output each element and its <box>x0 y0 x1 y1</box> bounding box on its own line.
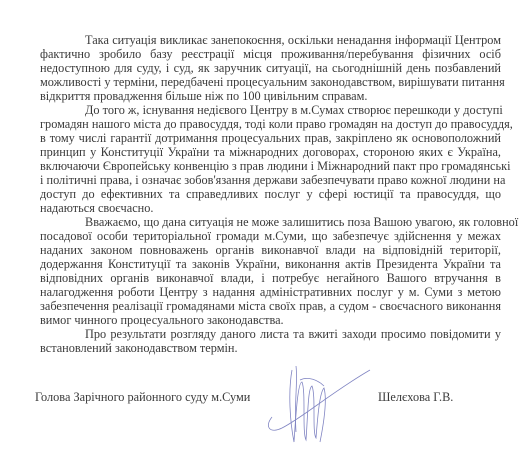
text-line: можливості у терміни, передбачені процес… <box>40 75 501 89</box>
signature-icon <box>262 352 374 452</box>
text-line: До того ж, існування недієвого Центру в … <box>40 103 501 117</box>
text-line: наданих законом повноважень органів вико… <box>40 243 501 257</box>
text-line: Вважаємо, що дана ситуація не може залиш… <box>40 215 501 229</box>
text-line: надаються своєчасно. <box>40 201 501 215</box>
text-line: посадової особи територіальної громади м… <box>40 229 501 243</box>
text-line: відкриття провадження більше ніж по 100 … <box>40 89 501 103</box>
text-line: додержання Конституції та законів Україн… <box>40 257 501 271</box>
text-line: фактично зробило базу реєстрації місця п… <box>40 47 501 61</box>
text-line: і політичні права, і означає зобов'язанн… <box>40 173 501 187</box>
signatory-name: Шелєхова Г.В. <box>378 390 453 405</box>
paragraph-2: До того ж, існування недієвого Центру в … <box>40 103 501 215</box>
letter-body: Така ситуація викликає занепокоєння, оск… <box>40 33 501 355</box>
text-line: громадян нашого міста до правосуддя, тод… <box>40 117 501 131</box>
text-line: в тому числі гарантії дотримання процесу… <box>40 131 501 145</box>
text-line: Про результати розгляду даного листа та … <box>40 327 501 341</box>
paragraph-3: Вважаємо, що дана ситуація не може залиш… <box>40 215 501 327</box>
text-line: Така ситуація викликає занепокоєння, оск… <box>40 33 501 47</box>
text-line: принцип у Конституції України та міжнаро… <box>40 145 501 159</box>
text-line: налагодження роботи Центру з надання адм… <box>40 285 501 299</box>
text-line: включаючи Європейську конвенцію з прав л… <box>40 159 501 173</box>
paragraph-1: Така ситуація викликає занепокоєння, оск… <box>40 33 501 103</box>
text-line: забезпечення реалізації громадянами міст… <box>40 299 501 313</box>
text-line: доступ до ефективних та справедливих пос… <box>40 187 501 201</box>
signatory-title: Голова Зарічного районного суду м.Суми <box>35 390 250 405</box>
paragraph-4: Про результати розгляду даного листа та … <box>40 327 501 355</box>
document-page: Така ситуація викликає занепокоєння, оск… <box>0 0 528 463</box>
text-line: вимог чинного процесуального законодавст… <box>40 313 501 327</box>
text-line: відповідних органів виконавчої влади, і … <box>40 271 501 285</box>
text-line: недоступною для суду, і суд, як заручник… <box>40 61 501 75</box>
